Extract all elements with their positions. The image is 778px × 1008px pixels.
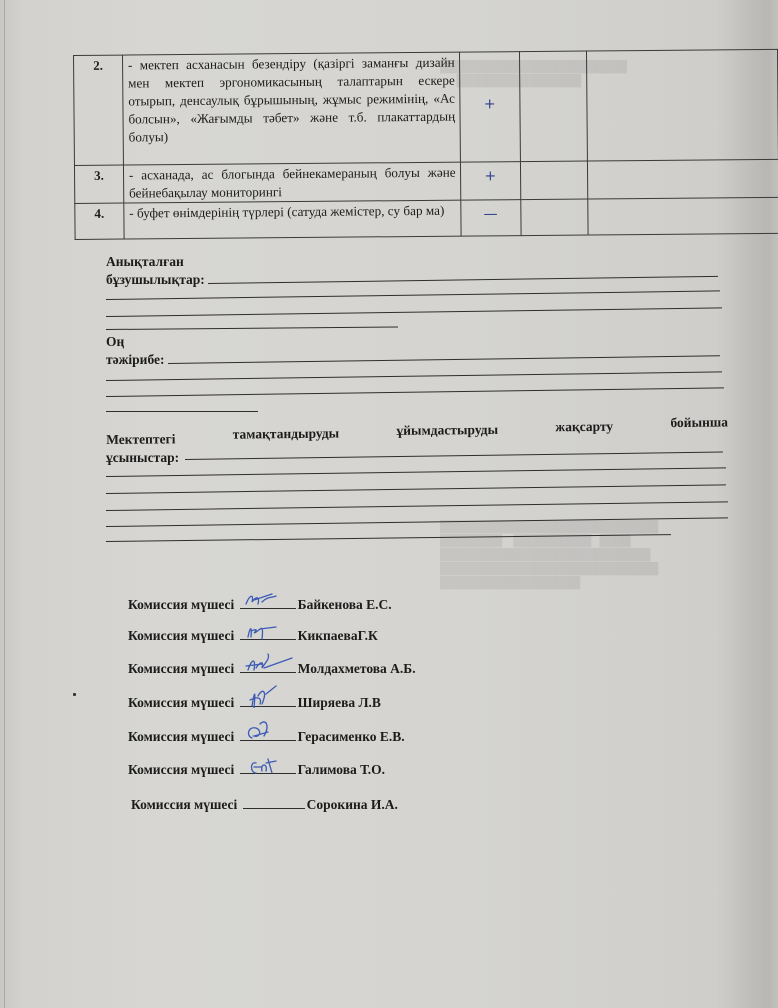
row-mark-cell: — [460,200,521,237]
violations-label-line1: Анықталған [106,254,184,270]
recommendations-word: тамақтандыруды [233,426,340,447]
row-number: 2. [74,55,124,165]
handwritten-signature-icon [242,586,298,610]
row-empty-cell [588,197,778,235]
signature-line[interactable] [240,728,296,741]
signatory-name: Сорокина И.А. [307,797,398,813]
signatory-name: КикпаеваГ.К [298,628,378,644]
signatory-name: Байкенова Е.С. [298,597,392,613]
row-mark-cell: + [459,52,520,163]
violations-label-line2: бұзушылықтар: [106,272,205,288]
bleed-through-text: ████████████████████████████ ████████ ██… [440,520,658,590]
signature-role: Комиссия мүшесі [128,695,234,711]
signature-role: Комиссия мүшесі [128,729,234,745]
signature-line[interactable] [240,761,296,774]
good-practice-fill-line[interactable] [168,355,720,364]
handwritten-signature-icon [242,617,298,641]
signature-role: Комиссия мүшесі [128,597,234,613]
good-practice-label-line1: Оң [106,334,124,350]
signature-line[interactable] [240,660,296,673]
signature-row: Комиссия мүшесі Ширяева Л.В [128,694,381,711]
recommendations-word: Мектептегі [106,431,175,448]
recommendations-word: жақсарту [555,419,613,444]
signature-line[interactable] [240,596,296,609]
criteria-table: 2. - мектеп асханасын безендіру (қазіргі… [73,49,778,240]
row-empty-cell [521,199,589,236]
signature-line[interactable] [240,627,296,640]
handwritten-signature-icon [242,650,298,674]
row-criterion: - мектеп асханасын безендіру (қазіргі за… [122,52,460,165]
signatory-name: Ширяева Л.В [298,695,381,711]
row-empty-cell [520,161,588,200]
recommendations-word: бойынша [670,414,728,442]
row-mark-cell: + [460,162,521,201]
handwritten-signature-icon [242,684,298,708]
recommendations-fill-line[interactable] [106,484,726,494]
signatory-name: Молдахметова А.Б. [298,661,416,677]
signature-row: Комиссия мүшесі Молдахметова А.Б. [128,660,416,677]
row-empty-cell [587,49,778,161]
row-number: 3. [74,165,123,203]
handwritten-signature-icon [242,718,298,742]
signature-line[interactable] [243,796,305,809]
signature-row: Комиссия мүшесі КикпаеваГ.К [128,627,378,644]
signature-line[interactable] [240,694,296,707]
good-practice-fill-line[interactable] [106,371,722,381]
handwritten-signature-icon [242,751,298,775]
signatory-name: Галимова Т.О. [298,762,385,778]
table-row: 4. - буфет өнімдерінің түрлері (сатуда ж… [75,197,778,239]
recommendations-word: ұйымдастыруды [396,422,498,445]
minus-mark: — [461,206,520,223]
violations-fill-line[interactable] [106,307,722,317]
row-empty-cell [519,51,588,162]
violations-fill-line[interactable] [208,276,718,284]
recommendations-label-line1: Мектептегі тамақтандыруды ұйымдастыруды … [106,417,728,448]
recommendations-fill-line[interactable] [106,467,726,477]
row-number: 4. [75,203,124,239]
signature-role: Комиссия мүшесі [128,628,234,644]
table-row: 3. - асханада, ас блогында бейнекамераны… [74,159,778,203]
violations-fill-line[interactable] [106,326,398,330]
good-practice-fill-line[interactable] [106,411,258,412]
page-edge [4,0,5,1008]
signature-row: Комиссия мүшесі Сорокина И.А. [131,796,398,813]
row-criterion: - асханада, ас блогында бейнекамераның б… [123,162,460,203]
recommendations-label-line2: ұсыныстар: [106,450,179,466]
signature-row: Комиссия мүшесі Галимова Т.О. [128,761,385,778]
signature-row: Комиссия мүшесі Байкенова Е.С. [128,596,392,613]
signature-role: Комиссия мүшесі [128,661,234,677]
row-criterion: - буфет өнімдерінің түрлері (сатуда жемі… [124,200,461,239]
plus-mark: + [460,96,519,113]
row-empty-cell [588,159,778,199]
recommendations-fill-line[interactable] [106,501,728,511]
signatory-name: Герасименко Е.В. [298,729,405,745]
plus-mark: + [461,168,520,185]
table-row: 2. - мектеп асханасын безендіру (қазіргі… [74,49,778,165]
stray-mark [73,693,76,696]
good-practice-fill-line[interactable] [106,387,724,397]
signature-role: Комиссия мүшесі [128,762,234,778]
recommendations-fill-line[interactable] [185,451,723,460]
signature-row: Комиссия мүшесі Герасименко Е.В. [128,728,405,745]
signature-role: Комиссия мүшесі [131,797,237,813]
violations-fill-line[interactable] [106,290,720,300]
good-practice-label-line2: тәжірибе: [106,352,165,368]
